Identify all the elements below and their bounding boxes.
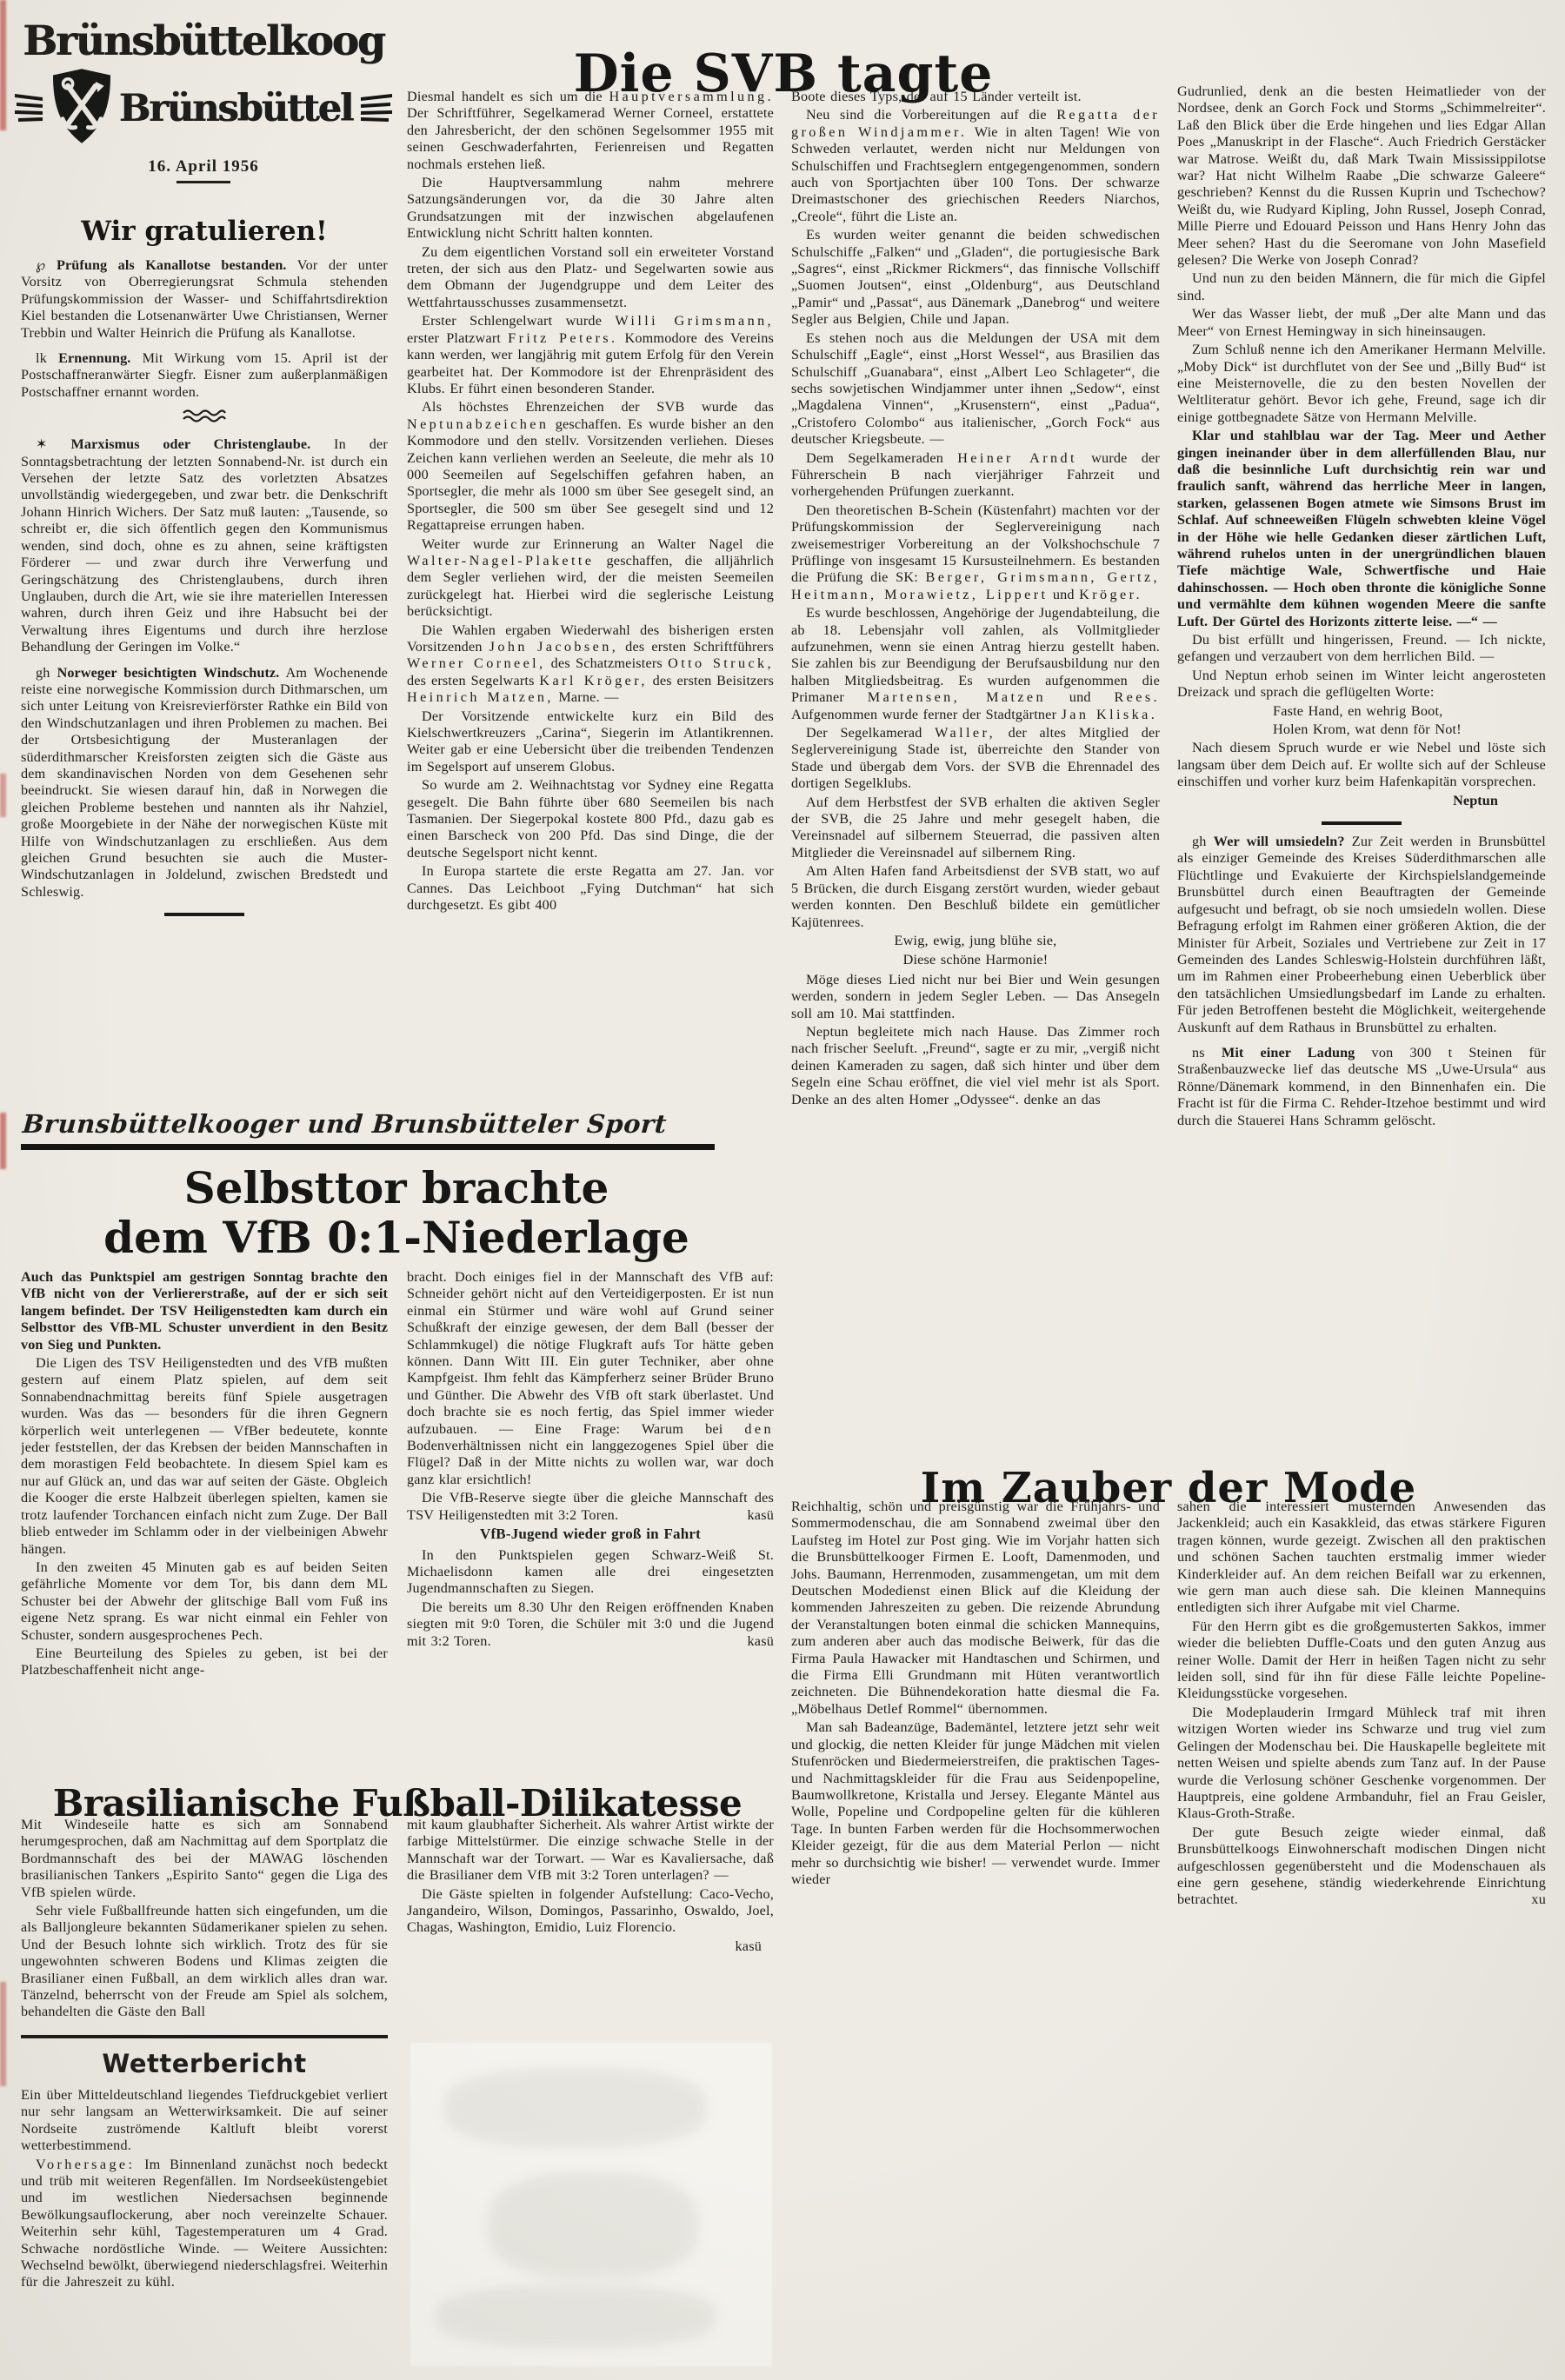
paragraph: Es wurden weiter genannt die beiden schw…: [791, 227, 1160, 328]
masthead-title-line2: Brünsbüttel: [119, 89, 352, 129]
news-items: ✶ Marxismus oder Christenglaube. In der …: [21, 436, 388, 901]
paragraph: Neptun: [1177, 793, 1546, 809]
paragraph: Die Hauptversammlung nahm mehrere Satzun…: [407, 175, 774, 243]
paragraph: Auf dem Herbstfest der SVB erhalten die …: [791, 794, 1160, 862]
column-4: Gudrunlied, denk an die besten Heimatlie…: [1177, 82, 1546, 1129]
essay: Gudrunlied, denk an die besten Heimatlie…: [1177, 83, 1546, 809]
scan-artifact: [0, 0, 6, 2380]
paragraph: Möge dieses Lied nicht nur bei Bier und …: [791, 972, 1160, 1022]
wetter-body: Ein über Mitteldeutschland liegendes Tie…: [21, 2087, 388, 2291]
masthead: Brünsbüttelkoog Brünsb: [19, 19, 388, 183]
paragraph: In Europa startete die erste Regatta am …: [407, 863, 774, 914]
paragraph: Erster Schlengelwart wurde Willi Grimsma…: [407, 313, 774, 397]
paragraph: Neptun begleitete mich nach Hause. Das Z…: [791, 1024, 1160, 1108]
paragraph: Als höchstes Ehrenzeichen der SVB wurde …: [407, 399, 774, 534]
column-1-top: Wir gratulieren! ℘ Prüfung als Kanallots…: [21, 216, 388, 916]
brasil-column-right: mit kaum glaubhafter Sicherheit. Als wah…: [407, 1815, 774, 1955]
paragraph: ns Mit einer Ladung von 300 t Steinen fü…: [1177, 1045, 1546, 1129]
paragraph: Die Gäste spielten in folgender Aufstell…: [407, 1886, 774, 1937]
svb-column-right: Boote dieses Typs, der auf 15 Länder ver…: [791, 87, 1160, 1108]
coat-of-arms-icon: [50, 68, 114, 149]
paragraph: Mit Windeseile hatte es sich am Sonnaben…: [21, 1817, 388, 1901]
paragraph: Auch das Punktspiel am gestrigen Sonntag…: [21, 1269, 388, 1353]
paragraph: Die bereits um 8.30 Uhr den Reigen eröff…: [407, 1599, 774, 1650]
selbsttor-column-left: Auch das Punktspiel am gestrigen Sonntag…: [21, 1267, 388, 1679]
selbsttor-headline: Selbsttor brachte dem VfB 0:1-Niederlage: [21, 1163, 772, 1262]
paragraph: Für den Herrn gibt es die großgemusterte…: [1177, 1619, 1546, 1703]
paragraph: Reichhaltig, schön und preisgünstig war …: [791, 1499, 1160, 1718]
paragraph: ℘ Prüfung als Kanallotse bestanden. Vor …: [21, 257, 388, 342]
paragraph: Dem Segelkameraden Heiner Arndt wurde de…: [791, 450, 1160, 501]
paragraph: So wurde am 2. Weihnachtstag vor Sydney …: [407, 777, 774, 861]
paragraph: sahen die interessiert musternden Anwese…: [1177, 1499, 1546, 1617]
paragraph: In den zweiten 45 Minuten gab es auf bei…: [21, 1559, 388, 1644]
paragraph: Der Segelkamerad Waller, der altes Mitgl…: [791, 725, 1160, 793]
paragraph: gh Wer will umsiedeln? Zur Zeit werden i…: [1177, 834, 1546, 1036]
paragraph: Vorhersage: Im Binnenland zunächst noch …: [21, 2157, 388, 2291]
paragraph: Wer das Wasser liebt, der muß „Der alte …: [1177, 306, 1546, 340]
paragraph: Klar und stahlblau war der Tag. Meer und…: [1177, 428, 1546, 630]
selbsttor-headline-line2: dem VfB 0:1-Niederlage: [21, 1213, 772, 1262]
paragraph: Am Alten Hafen fand Arbeitsdienst der SV…: [791, 863, 1160, 931]
brasil-column-left: Mit Windeseile hatte es sich am Sonnaben…: [21, 1817, 388, 2021]
mode-column-left: Reichhaltig, schön und preisgünstig war …: [791, 1497, 1160, 1888]
svb-column-left: Diesmal handelt es sich um die Hauptvers…: [407, 87, 774, 914]
paragraph: Eine Beurteilung des Spieles zu geben, i…: [21, 1645, 388, 1679]
divider: [176, 181, 230, 183]
wavy-ornament-icon: [21, 409, 388, 428]
divider: [21, 1144, 715, 1150]
gratulieren-headline: Wir gratulieren!: [21, 216, 388, 247]
divider: [21, 2035, 388, 2038]
selbsttor-headline-line1: Selbsttor brachte: [21, 1163, 772, 1213]
paragraph: Boote dieses Typs, der auf 15 Länder ver…: [791, 89, 1160, 105]
divider: [164, 913, 244, 916]
paragraph: Und nun zu den beiden Männern, die für m…: [1177, 270, 1546, 304]
paragraph: Die Wahlen ergaben Wiederwahl des bisher…: [407, 622, 774, 707]
paragraph: Der gute Besuch zeigte wieder einmal, da…: [1177, 1825, 1546, 1909]
paragraph: VfB-Jugend wieder groß in Fahrt: [407, 1526, 774, 1542]
paragraph: Die Modeplauderin Irmgard Mühleck traf m…: [1177, 1705, 1546, 1823]
paragraph: Der Vorsitzende entwickelte kurz ein Bil…: [407, 708, 774, 776]
paragraph: gh Norweger besichtigten Windschutz. Am …: [21, 665, 388, 901]
paragraph: Den theoretischen B-Schein (Küstenfahrt)…: [791, 502, 1160, 603]
paragraph: Und Neptun erhob seinen im Winter leicht…: [1177, 668, 1546, 701]
selbsttor-column-right: bracht. Doch einiges fiel in der Mannsch…: [407, 1267, 774, 1650]
paragraph: Neu sind die Vorbereitungen auf die Rega…: [791, 107, 1160, 225]
divider: [1322, 821, 1402, 825]
paragraph: Gudrunlied, denk an die besten Heimatlie…: [1177, 83, 1546, 269]
paragraph: Weiter wurde zur Erinnerung an Walter Na…: [407, 536, 774, 621]
paragraph: Zu dem eigentlichen Vorstand soll ein er…: [407, 244, 774, 312]
flourish-left-icon: [15, 87, 44, 130]
paragraph: Diese schöne Harmonie!: [791, 952, 1160, 968]
paragraph: Es stehen noch aus die Meldungen der USA…: [791, 330, 1160, 449]
paragraph: Nach diesem Spruch wurde er wie Nebel un…: [1177, 740, 1546, 790]
paragraph: lk Ernennung. Mit Wirkung vom 15. April …: [21, 350, 388, 401]
paragraph: Faste Hand, en wehrig Boot,: [1177, 703, 1546, 720]
newspaper-page: Brünsbüttelkoog Brünsb: [0, 0, 1565, 2380]
paragraph: bracht. Doch einiges fiel in der Mannsch…: [407, 1269, 774, 1488]
wetter-headline: Wetterbericht: [21, 2049, 388, 2078]
masthead-title-line1: Brünsbüttelkoog: [19, 19, 388, 64]
sport-section-header: Brunsbüttelkooger und Brunsbütteler Spor…: [22, 1109, 728, 1139]
paragraph: Du bist erfüllt und hingerissen, Freund.…: [1177, 632, 1546, 666]
news-items: ℘ Prüfung als Kanallotse bestanden. Vor …: [21, 257, 388, 401]
paragraph: kasü: [407, 1938, 774, 1955]
paragraph: Zum Schluß nenne ich den Amerikaner Herm…: [1177, 342, 1546, 426]
paragraph: Die Ligen des TSV Heiligenstedten und de…: [21, 1355, 388, 1558]
paragraph: ✶ Marxismus oder Christenglaube. In der …: [21, 436, 388, 655]
column-1-bottom: Mit Windeseile hatte es sich am Sonnaben…: [21, 1815, 388, 2291]
paragraph: In den Punktspielen gegen Schwarz-Weiß S…: [407, 1547, 774, 1598]
date-line: 16. April 1956: [19, 157, 388, 176]
mode-column-right: sahen die interessiert musternden Anwese…: [1177, 1497, 1546, 1909]
print-bleed-ghost: [410, 2043, 772, 2366]
paragraph: mit kaum glaubhafter Sicherheit. Als wah…: [407, 1817, 774, 1885]
paragraph: Es wurde beschlossen, Angehörige der Jug…: [791, 605, 1160, 723]
paragraph: Holen Krom, wat denn för Not!: [1177, 721, 1546, 738]
paragraph: Die VfB-Reserve siegte über die gleiche …: [407, 1490, 774, 1524]
paragraph: Sehr viele Fußballfreunde hatten sich ei…: [21, 1903, 388, 2021]
paragraph: Ein über Mitteldeutschland liegendes Tie…: [21, 2087, 388, 2155]
news-items: gh Wer will umsiedeln? Zur Zeit werden i…: [1177, 834, 1546, 1129]
paragraph: Man sah Badeanzüge, Bademäntel, letztere…: [791, 1719, 1160, 1888]
paragraph: Diesmal handelt es sich um die Hauptvers…: [407, 89, 774, 173]
paragraph: Ewig, ewig, jung blühe sie,: [791, 933, 1160, 949]
flourish-right-icon: [357, 87, 392, 130]
